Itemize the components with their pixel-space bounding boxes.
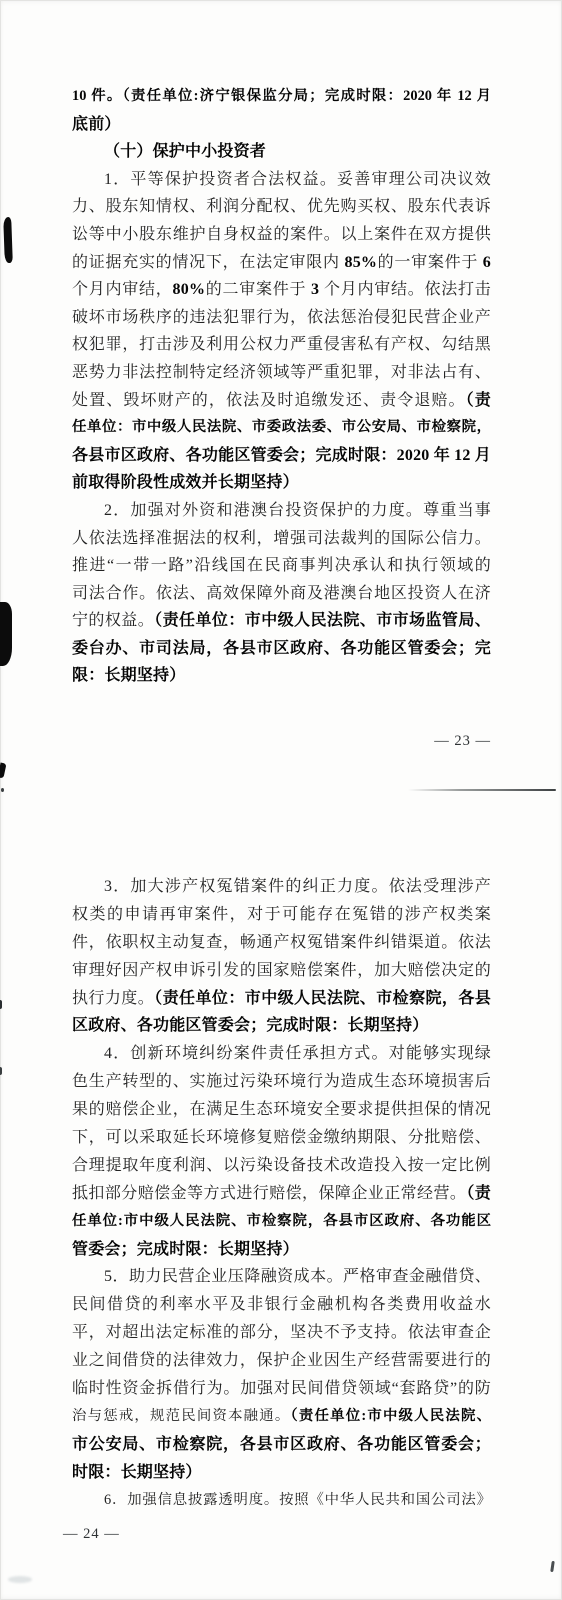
text-line: 6．加强信息披露透明度。按照《中华人民共和国公司法》 — [72, 1487, 491, 1515]
text-line: 件，依职权主动复查，畅通产权冤错案件纠错渠道。依法 — [72, 929, 491, 957]
text-line: 4．创新环境纠纷案件责任承担方式。对能够实现绿 — [72, 1040, 491, 1068]
text-line: 宁的权益。（责任单位：市中级人民法院、市市场监管局、市 — [72, 607, 491, 635]
text-line: 1．平等保护投资者合法权益。妥善审理公司决议效 — [72, 166, 491, 194]
text-line: 果的赔偿企业，在满足生态环境安全要求提供担保的情况 — [72, 1096, 491, 1124]
text-line: 5．助力民营企业压降融资成本。严格审查金融借贷、 — [72, 1263, 491, 1291]
ink-mark — [0, 602, 12, 666]
text-line: 抵扣部分赔偿金等方式进行赔偿，保障企业正常经营。（责 — [72, 1180, 491, 1208]
text-line: 各县市区政府、各功能区管委会；完成时限：2020 年 12 月底 — [72, 442, 491, 470]
text-line: 治与惩戒，规范民间资本融通。（责任单位:市中级人民法院、 — [72, 1403, 491, 1431]
text-line: 的证据充实的情况下，在法定审限内 85%的一审案件于 6 — [72, 249, 491, 277]
text-line: 2．加强对外资和港澳台投资保护的力度。尊重当事 — [72, 497, 491, 525]
text-line: 破坏市场秩序的违法犯罪行为，依法惩治侵犯民营企业产 — [72, 304, 491, 332]
text-line: 业之间借贷的法律效力，保护企业因生产经营需要进行的 — [72, 1347, 491, 1375]
text-line: 合理提取年度利润、以污染设备技术改造投入按一定比例 — [72, 1152, 491, 1180]
text-line: 处置、毁坏财产的，依法及时追缴发还、责令退赔。（责 — [72, 387, 491, 415]
ink-mark — [0, 1000, 2, 1009]
text-line: 人依法选择准据法的权利，增强司法裁判的国际公信力。 — [72, 525, 491, 553]
text-line: 色生产转型的、实施过污染环境行为造成生态环境损害后 — [72, 1068, 491, 1096]
page-24-text-block: 3．加大涉产权冤错案件的纠正力度。依法受理涉产权类的申请再审案件，对于可能存在冤… — [72, 873, 491, 1514]
text-line: 临时性资金拆借行为。加强对民间借贷领域“套路贷”的防 — [72, 1375, 491, 1403]
ink-mark — [3, 217, 13, 263]
text-line: 时限：长期坚持） — [72, 1459, 491, 1487]
text-line: 审理好因产权申诉引发的国家赔偿案件，加大赔偿决定的 — [72, 957, 491, 985]
text-line: 市公安局、市检察院，各县市区政府、各功能区管委会；完成 — [72, 1431, 491, 1459]
page-separator-shadow — [408, 789, 556, 791]
text-line: 推进“一带一路”沿线国在民商事判决承认和执行领域的 — [72, 552, 491, 580]
text-line: 任单位：市中级人民法院、市委政法委、市公安局、市检察院， — [72, 414, 491, 442]
text-line: 司法合作。依法、高效保障外商及港澳台地区投资人在济 — [72, 580, 491, 608]
ink-mark — [0, 763, 6, 779]
page-23-text-block: 10 件。（责任单位:济宁银保监分局；完成时限：2020 年 12 月底前）（十… — [72, 83, 491, 690]
text-line: 讼等中小股东维护自身权益的案件。以上案件在双方提供 — [72, 221, 491, 249]
text-line: 限：长期坚持） — [72, 662, 491, 690]
text-line: 10 件。（责任单位:济宁银保监分局；完成时限：2020 年 12 月 — [72, 83, 491, 111]
text-line: 权类的申请再审案件，对于可能存在冤错的涉产权类案 — [72, 901, 491, 929]
scanned-document: 10 件。（责任单位:济宁银保监分局；完成时限：2020 年 12 月底前）（十… — [0, 0, 562, 1600]
ink-mark — [1, 788, 4, 792]
text-line: 民间借贷的利率水平及非银行金融机构各类费用收益水 — [72, 1291, 491, 1319]
text-line: 平，对超出法定标准的部分，坚决不予支持。依法审查企 — [72, 1319, 491, 1347]
text-line: 执行力度。（责任单位：市中级人民法院、市检察院，各县市 — [72, 985, 491, 1013]
text-line: 委台办、市司法局，各县市区政府、各功能区管委会；完成时 — [72, 635, 491, 663]
text-line: 恶势力非法控制特定经济领域等严重犯罪，对非法占有、 — [72, 359, 491, 387]
text-line: 底前） — [72, 111, 491, 139]
page-number-24: — 24 — — [63, 1526, 120, 1543]
ink-mark — [0, 1067, 2, 1075]
text-line: （十）保护中小投资者 — [72, 138, 491, 166]
text-line: 个月内审结，80%的二审案件于 3 个月内审结。依法打击 — [72, 276, 491, 304]
text-line: 前取得阶段性成效并长期坚持） — [72, 469, 491, 497]
text-line: 权犯罪，打击涉及利用公权力严重侵害私有产权、勾结黑 — [72, 331, 491, 359]
text-line: 区政府、各功能区管委会；完成时限：长期坚持） — [72, 1012, 491, 1040]
text-line: 力、股东知情权、利润分配权、优先购买权、股东代表诉 — [72, 193, 491, 221]
text-line: 管委会；完成时限：长期坚持） — [72, 1236, 491, 1264]
text-line: 下，可以采取延长环境修复赔偿金缴纳期限、分批赔偿、 — [72, 1124, 491, 1152]
text-line: 任单位:市中级人民法院、市检察院，各县市区政府、各功能区 — [72, 1208, 491, 1236]
text-line: 3．加大涉产权冤错案件的纠正力度。依法受理涉产 — [72, 873, 491, 901]
page-number-23: — 23 — — [434, 733, 491, 750]
scan-smudge — [8, 1576, 32, 1583]
ink-mark — [550, 1561, 555, 1572]
